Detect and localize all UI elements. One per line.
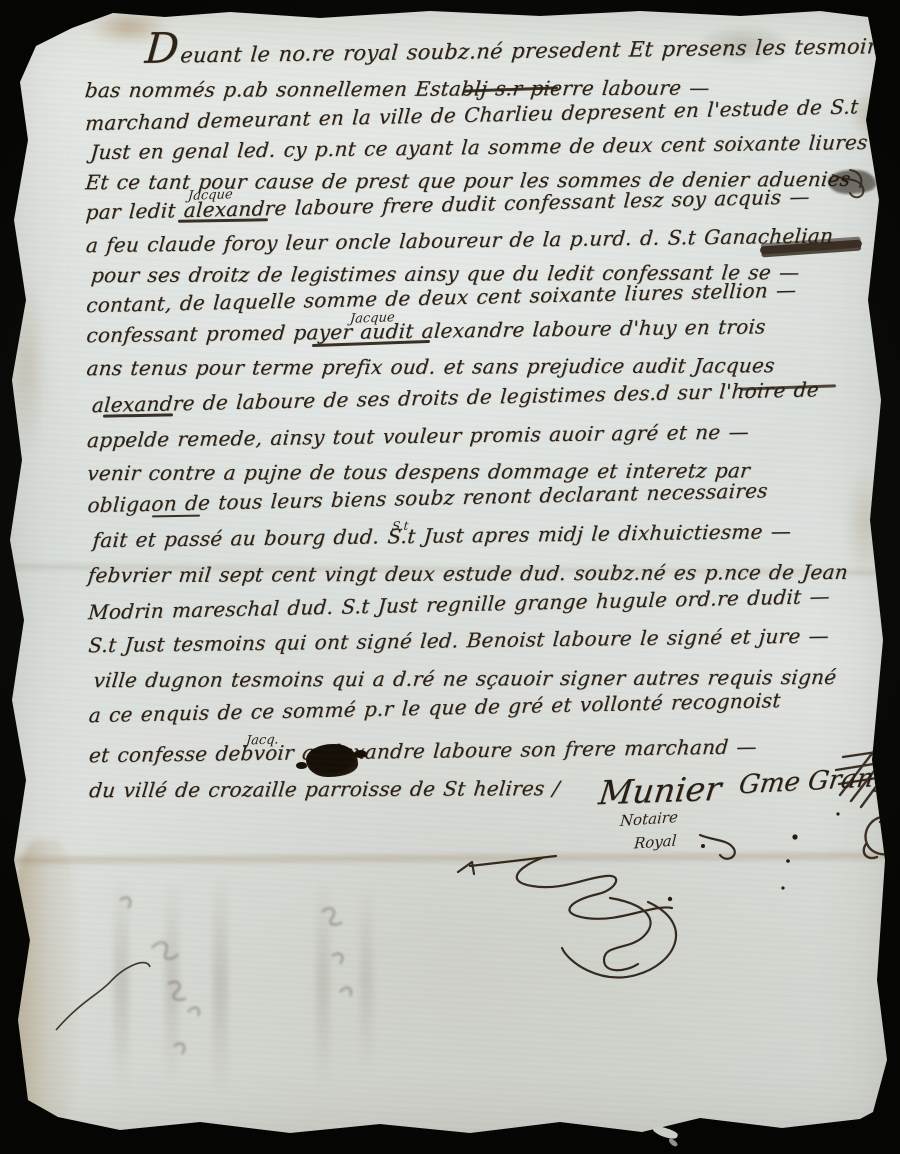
- stain-right-upper: [850, 88, 890, 142]
- bleed-streak: [316, 878, 330, 1088]
- manuscript-line: ville dugnon tesmoins qui a d.ré ne sçau…: [92, 665, 837, 692]
- stain-top-speckle: [693, 24, 793, 66]
- manuscript-line: marchand demeurant en la ville de Charli…: [84, 94, 859, 135]
- insertion-jacq-3: Jacq.: [245, 732, 279, 748]
- manuscript-line: S.t Just tesmoins qui ont signé led. Ben…: [88, 624, 830, 658]
- bleed-streak: [360, 885, 373, 1075]
- stain-top-left: [88, 9, 170, 45]
- paper-sheet: Deuant le no.re royal soubz.né presedent…: [0, 0, 900, 1154]
- strike-mark: [103, 413, 173, 417]
- manuscript-line: pour ses droitz de legistimes ainsy que …: [90, 260, 801, 287]
- ink-blot-large: [306, 744, 358, 777]
- paper-thread: [651, 1124, 679, 1141]
- manuscript-line: obligaon de tous leurs biens soubz renon…: [87, 478, 769, 517]
- bleed-streak: [213, 872, 228, 1097]
- signature-grange: Gme Grange: [737, 762, 900, 801]
- stain-right-mid: [844, 465, 886, 580]
- stain-left-mid: [6, 275, 48, 460]
- bleed-streak: [114, 875, 129, 1093]
- manuscript-line: appelde remede, ainsy tout vouleur promi…: [86, 420, 750, 453]
- insertion-jacque-1: Jacque: [187, 187, 233, 204]
- manuscript-line: par ledit alexandre laboure frere dudit …: [85, 184, 811, 224]
- manuscript-line: fait et passé au bourg dud. S.t Just apr…: [92, 519, 792, 552]
- ink-blot-satellite: [354, 750, 367, 758]
- manuscript-line: ans tenus pour terme prefix oud. et sans…: [86, 353, 776, 380]
- manuscript-line: Just en genal led. cy p.nt ce ayant la s…: [90, 130, 869, 164]
- strike-mark: [740, 384, 836, 390]
- ink-smudge: [828, 170, 876, 194]
- manuscript-line: Deuant le no.re royal soubz.né presedent…: [144, 30, 893, 68]
- fold-crease-mid: [0, 563, 900, 577]
- ink-blot-satellite: [296, 762, 307, 769]
- paper-thread: [668, 1137, 679, 1147]
- strike-mark: [312, 340, 430, 347]
- strike-mark: [152, 515, 200, 518]
- manuscript-line: bas nommés p.ab sonnellemen Establj s.r …: [84, 75, 711, 102]
- paraph-circle: [864, 811, 900, 858]
- strike-mark-heavy: [760, 239, 862, 254]
- strike-mark: [178, 218, 268, 223]
- notary-title-line1: Notaire: [619, 808, 678, 830]
- ink-specks: [668, 812, 840, 901]
- notary-title-line2: Royal: [633, 831, 677, 852]
- marginal-squiggle: [833, 170, 863, 197]
- manuscript-line: Modrin mareschal dud. S.t Just regnille …: [87, 584, 830, 624]
- manuscript-line: a feu claude foroy leur oncle laboureur …: [85, 223, 834, 257]
- pen-flourishes: [0, 0, 900, 1154]
- paraph-hash: [836, 738, 900, 807]
- manuscript-text: Deuant le no.re royal soubz.né presedent…: [0, 0, 900, 1154]
- strike-mark: [463, 86, 558, 92]
- manuscript-photo: Deuant le no.re royal soubz.né presedent…: [0, 0, 900, 1154]
- manuscript-line: Et ce tant pour cause de prest que pour …: [84, 167, 851, 194]
- bleed-through-squiggles: [120, 898, 351, 1054]
- insertion-st: S.t: [391, 519, 409, 534]
- manuscript-line: alexandre de laboure de ses droits de le…: [91, 377, 820, 417]
- manuscript-line: du villé de crozaille parroisse de St he…: [88, 776, 561, 802]
- manuscript-line: et confesse debvoir a alexandre laboure …: [88, 734, 758, 767]
- signature-munier: Munier: [597, 769, 724, 812]
- paper-fiber: [56, 963, 150, 1030]
- stain-left-strip: [8, 840, 82, 1132]
- notary-flourish: [458, 835, 735, 977]
- insertion-jacque-2: Jacque: [349, 310, 395, 327]
- manuscript-line: a ce enquis de ce sommé p.r le que de gr…: [88, 688, 781, 727]
- manuscript-line: contant, de laquelle somme de deux cent …: [86, 278, 798, 317]
- fold-crease-low: [0, 852, 900, 867]
- manuscript-line: confessant promed payer audit alexandre …: [86, 314, 767, 347]
- manuscript-line: febvrier mil sept cent vingt deux estude…: [87, 560, 849, 587]
- manuscript-line: venir contre a pujne de tous despens dom…: [86, 458, 751, 485]
- bleed-streak: [165, 880, 179, 1085]
